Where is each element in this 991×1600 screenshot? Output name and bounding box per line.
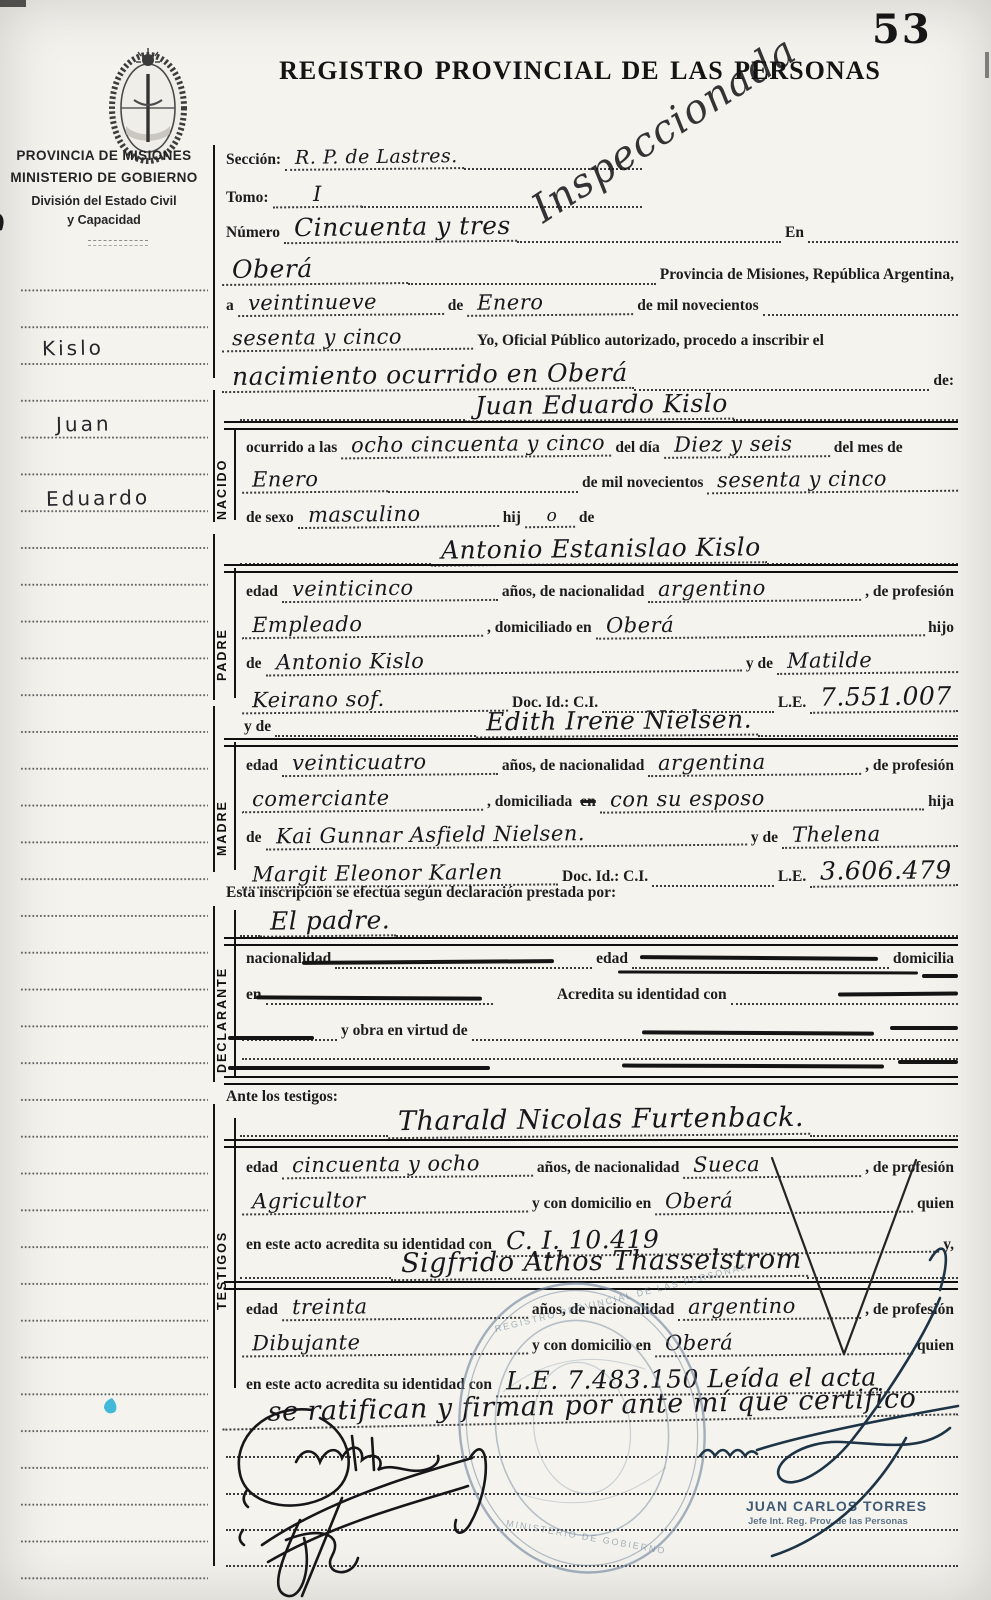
place-row: Oberá Provincia de Misiones, República A… xyxy=(222,254,958,285)
year-row: sesenta y cinco Yo, Oficial Público auto… xyxy=(222,325,958,351)
double-rule xyxy=(224,937,958,946)
numero-label: Número xyxy=(222,224,284,243)
numero-row: Número Cincuenta y tres En xyxy=(222,212,958,243)
sidebar-org-line4: y Capacidad xyxy=(0,213,208,227)
section-label-padre: PADRE xyxy=(215,586,229,681)
paternal-grandfather: Antonio Kislo xyxy=(265,646,742,677)
tomo-label: Tomo: xyxy=(222,189,273,208)
blank-line xyxy=(266,1003,493,1005)
witness1-profession: Agricultor xyxy=(242,1187,528,1216)
hij-label: hij xyxy=(499,509,525,528)
quien-label: quien xyxy=(913,1195,958,1214)
registration-month: Enero xyxy=(467,289,633,317)
de-label: de xyxy=(444,297,468,316)
signature-left xyxy=(239,1409,486,1596)
witness2-age: treinta xyxy=(282,1293,528,1322)
declarant-value: El padre. xyxy=(260,905,397,937)
margin-ruled-lines xyxy=(20,272,208,1590)
section-label-declarante: DECLARANTE xyxy=(215,928,229,1073)
double-rule xyxy=(224,1139,958,1148)
witness1-age: cincuenta y ocho xyxy=(282,1151,533,1180)
mes-label: del mes de xyxy=(830,439,907,458)
sidebar-divider xyxy=(88,240,148,246)
date-row: a veintinueve de Enero de mil noveciento… xyxy=(222,290,958,316)
scan-smudge xyxy=(0,0,26,7)
birth-month: Enero xyxy=(242,466,388,494)
en-label: En xyxy=(781,224,808,243)
province-text: Provincia de Misiones, República Argenti… xyxy=(656,266,958,285)
event-row: nacimiento ocurrido en Oberá de: xyxy=(222,360,958,391)
blank-line xyxy=(226,1456,958,1458)
father-name: Antonio Estanislao Kislo xyxy=(431,532,767,567)
de-colon: de: xyxy=(929,372,958,391)
hij-suffix: o xyxy=(525,506,575,529)
blank-line xyxy=(361,206,642,208)
domicilio-label: , domiciliado en xyxy=(483,619,596,638)
witness1-domicile: Oberá xyxy=(655,1187,913,1216)
mother-parents-row: de Kai Gunnar Asfield Nielsen. y de Thel… xyxy=(242,822,958,848)
double-rule xyxy=(224,1281,958,1290)
father-domicile: Oberá xyxy=(596,610,925,639)
mother-le-number: 3.606.479 xyxy=(810,855,958,888)
witness1-name-row: Tharald Nicolas Furtenback. xyxy=(240,1104,958,1137)
domicilio-label: y con domicilio en xyxy=(528,1337,655,1356)
blank-line xyxy=(810,1135,958,1137)
witness2-domicile: Oberá xyxy=(655,1329,913,1358)
blank-line xyxy=(808,241,958,243)
witness1-nationality: Sueca xyxy=(683,1151,861,1179)
blank-line xyxy=(517,241,781,243)
strikeout xyxy=(622,1064,884,1068)
profesion-label: , de profesión xyxy=(861,1301,958,1320)
blank-line xyxy=(240,1135,388,1137)
strikeout xyxy=(228,1036,314,1040)
century-label: de mil novecientos xyxy=(578,474,707,493)
page-number: 53 xyxy=(872,6,932,53)
registrar-stamp-title: Jefe Int. Reg. Prov. de las Personas xyxy=(748,1516,908,1527)
edad-label: edad xyxy=(242,757,282,776)
edad-label: edad xyxy=(242,583,282,602)
blank-line xyxy=(731,1003,958,1005)
registrar-stamp-name: JUAN CARLOS TORRES xyxy=(746,1498,927,1514)
sidebar-org-line2: MINISTERIO DE GOBIERNO xyxy=(0,170,208,185)
sidebar-org-line3: División del Estado Civil xyxy=(0,194,208,208)
double-rule xyxy=(224,738,958,747)
sidebar-org-line1: PROVINCIA DE MISIONES xyxy=(0,148,208,163)
edad-label: edad xyxy=(592,950,632,969)
profesion-label: , de profesión xyxy=(861,583,958,602)
witness2-profession-row: Dibujante y con domicilio en Oberá quien xyxy=(242,1330,958,1356)
section-bracket xyxy=(234,1118,236,1388)
de-label: de xyxy=(242,829,266,848)
strikeout xyxy=(228,1066,490,1070)
blank-line xyxy=(632,967,889,969)
anos-label: años, de nacionalidad xyxy=(498,757,649,776)
blank-line xyxy=(335,967,592,969)
witness1-age-row: edad cincuenta y ocho años, de nacionali… xyxy=(242,1152,958,1178)
blank-line xyxy=(763,314,958,316)
section-label-testigos: TESTIGOS xyxy=(215,1190,229,1310)
margin-surname: Kislo xyxy=(42,335,104,360)
ocurrido-label: ocurrido a las xyxy=(242,439,341,458)
witness2-name-row: Sigfrido Athos Thasselstrom xyxy=(240,1246,958,1279)
domicilia-label: domicilia xyxy=(889,950,958,969)
double-rule xyxy=(224,421,958,430)
form-border xyxy=(213,1104,215,1566)
obra-label: y obra en virtud de xyxy=(337,1022,472,1041)
sex-value: masculino xyxy=(298,501,499,529)
witness1-name: Tharald Nicolas Furtenback. xyxy=(388,1102,810,1139)
official-text: Yo, Oficial Público autorizado, procedo … xyxy=(473,332,828,351)
sex-row: de sexo masculino hij o de xyxy=(242,502,958,528)
maternal-grandmother: Thelena xyxy=(782,821,958,849)
section-bracket xyxy=(234,742,236,870)
margin-given-name-1: Juan xyxy=(56,412,112,437)
blank-line xyxy=(226,1565,958,1567)
blank-line xyxy=(472,1039,958,1041)
section-bracket xyxy=(234,428,236,520)
father-nationality: argentino xyxy=(648,575,861,603)
birth-month-row: Enero de mil novecientos sesenta y cinco xyxy=(242,467,958,493)
dia-label: del día xyxy=(611,439,663,458)
registration-year: sesenta y cinco xyxy=(222,324,473,353)
a-label: a xyxy=(222,297,238,316)
tomo-value: I xyxy=(272,182,361,209)
mother-nationality: argentina xyxy=(648,749,861,777)
blank-line xyxy=(807,1277,958,1279)
mother-name: Edith Irene Nielsen. xyxy=(475,705,757,739)
seccion-label: Sección: xyxy=(222,151,285,170)
struck-word-en: en xyxy=(576,793,600,812)
birth-year: sesenta y cinco xyxy=(707,466,958,495)
anos-label: años, de nacionalidad xyxy=(498,583,649,602)
strikeout xyxy=(898,1060,958,1064)
section-bracket xyxy=(234,910,236,1078)
blank-line xyxy=(388,491,578,493)
declaration-intro-row: Esta inscripción se efectúa según declar… xyxy=(222,884,958,903)
section-label-madre: MADRE xyxy=(215,756,229,856)
strikeout xyxy=(922,974,958,978)
profesion-label: , de profesión xyxy=(861,757,958,776)
section-label-nacido: NACIDO xyxy=(215,430,229,520)
scanned-birth-certificate: 53 REGISTRO PROVINCIAL DE LAS PERSONAS P… xyxy=(0,0,991,1600)
margin-given-name-2: Eduardo xyxy=(46,485,150,511)
strikeout xyxy=(890,1026,958,1030)
edad-label: edad xyxy=(242,1301,282,1320)
mother-domicile: con su esposo xyxy=(600,784,925,813)
strikeout xyxy=(618,970,918,974)
witness2-profession: Dibujante xyxy=(242,1329,528,1358)
domicilio-label: y con domicilio en xyxy=(528,1195,655,1214)
witness2-nationality: argentino xyxy=(678,1293,861,1321)
father-profession: Empleado xyxy=(242,611,483,640)
blank-line xyxy=(240,1277,391,1279)
declarant-row: El padre. xyxy=(240,906,958,937)
form-border xyxy=(213,145,215,378)
birth-day: Diez y seis xyxy=(664,431,830,459)
maternal-grandfather: Kai Gunnar Asfield Nielsen. xyxy=(265,819,747,850)
blank-line xyxy=(408,283,656,285)
birth-time: ocho cincuenta y cinco xyxy=(341,431,611,460)
blank-line xyxy=(758,735,958,737)
oval-seal-bottom-text: MINISTERIO DE GOBIERNO xyxy=(505,1518,667,1556)
double-rule xyxy=(224,564,958,573)
anos-label: años, de nacionalidad xyxy=(533,1159,684,1178)
mother-profession-row: comerciante , domiciliada en con su espo… xyxy=(242,786,958,812)
witness1-profession-row: Agricultor y con domicilio en Oberá quie… xyxy=(242,1188,958,1214)
event-value: nacimiento ocurrido en Oberá xyxy=(222,358,634,393)
acredita-label: Acredita su identidad con xyxy=(553,986,731,1005)
nacionalidad-label: nacionalidad xyxy=(242,950,335,969)
quien-label: quien xyxy=(913,1337,958,1356)
section-bracket xyxy=(234,568,236,698)
mother-age: veinticuatro xyxy=(282,749,498,777)
double-rule xyxy=(224,1076,958,1085)
mother-age-row: edad veinticuatro años, de nacionalidad … xyxy=(242,750,958,776)
seccion-value: R. P. de Lastres. xyxy=(285,145,464,171)
place-value: Oberá xyxy=(222,253,408,286)
de-label: de xyxy=(575,509,599,528)
de-label: de xyxy=(242,655,266,674)
father-profession-row: Empleado , domiciliado en Oberá hijo xyxy=(242,612,958,638)
declarant-blank-row xyxy=(242,1058,958,1060)
domicilio-label: , domiciliada xyxy=(483,793,576,812)
child-name-row: Juan Eduardo Kislo xyxy=(240,390,958,421)
y-de-label: y de xyxy=(742,655,777,674)
century-label: de mil novecientos xyxy=(633,297,762,316)
paternal-grandmother: Matilde xyxy=(777,647,958,675)
mother-name-row: y de Edith Irene Nielsen. xyxy=(240,706,958,737)
mother-profession: comerciante xyxy=(242,785,483,814)
blank-line xyxy=(226,1493,958,1495)
blank-line xyxy=(275,735,475,737)
father-age-row: edad veinticinco años, de nacionalidad a… xyxy=(242,576,958,602)
declaration-intro: Esta inscripción se efectúa según declar… xyxy=(222,884,620,903)
father-parents-row: de Antonio Kislo y de Matilde xyxy=(242,648,958,674)
birth-time-row: ocurrido a las ocho cincuenta y cinco de… xyxy=(242,432,958,458)
registration-day: veintinueve xyxy=(238,289,444,317)
numero-value: Cincuenta y tres xyxy=(284,211,517,244)
hijo-label: hijo xyxy=(924,619,958,638)
sexo-label: de sexo xyxy=(242,509,298,528)
father-age: veinticinco xyxy=(282,575,498,603)
scan-mark xyxy=(985,52,989,78)
hija-label: hija xyxy=(924,793,958,812)
edad-label: edad xyxy=(242,1159,282,1178)
child-name: Juan Eduardo Kislo xyxy=(464,389,733,423)
y-de-label: y de xyxy=(240,718,275,737)
blank-line xyxy=(226,1529,958,1531)
profesion-label: , de profesión xyxy=(861,1159,958,1178)
y-de-label: y de xyxy=(747,829,782,848)
mother-doc-row: Margit Eleonor Karlen Doc. Id.: C.I. L.E… xyxy=(242,856,958,887)
blank-line xyxy=(242,1058,958,1060)
ratification-row: se ratifican y firman por ante mí que ce… xyxy=(222,1386,958,1427)
father-name-row: Antonio Estanislao Kislo xyxy=(240,534,958,565)
